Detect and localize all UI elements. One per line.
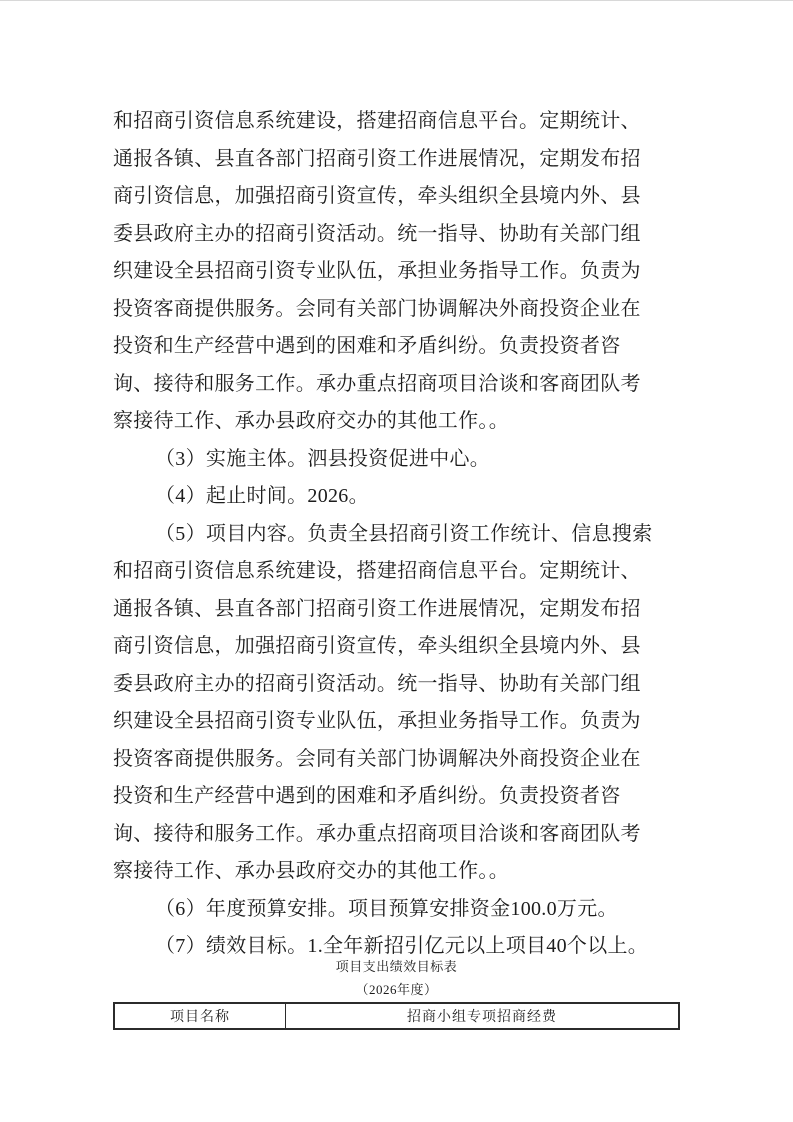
text-line: 织建设全县招商引资专业队伍，承担业务指导工作。负责为 [113,703,683,741]
text-line: 询、接待和服务工作。承办重点招商项目洽谈和客商团队考 [113,816,683,854]
text-line: 察接待工作、承办县政府交办的其他工作。。 [113,853,683,891]
text-line: 察接待工作、承办县政府交办的其他工作。。 [113,403,683,441]
table-row: 项目名称 招商小组专项招商经费 [114,1003,679,1029]
text-line: 和招商引资信息系统建设，搭建招商信息平台。定期统计、 [113,553,683,591]
performance-table-header: 项目支出绩效目标表 （2026年度） [113,955,680,1001]
performance-table-year: （2026年度） [113,978,680,1001]
text-line: 询、接待和服务工作。承办重点招商项目洽谈和客商团队考 [113,366,683,404]
performance-table: 项目名称 招商小组专项招商经费 [113,1002,680,1030]
text-line: 和招商引资信息系统建设，搭建招商信息平台。定期统计、 [113,103,683,141]
text-line: 通报各镇、县直各部门招商引资工作进展情况，定期发布招 [113,591,683,629]
text-line: （4）起止时间。2026。 [113,478,683,516]
text-line: 投资客商提供服务。会同有关部门协调解决外商投资企业在 [113,741,683,779]
text-line: 委县政府主办的招商引资活动。统一指导、协助有关部门组 [113,666,683,704]
text-line: （6）年度预算安排。项目预算安排资金100.0万元。 [113,891,683,929]
body-text: 和招商引资信息系统建设，搭建招商信息平台。定期统计、通报各镇、县直各部门招商引资… [113,103,683,966]
project-name-value-cell: 招商小组专项招商经费 [286,1003,680,1029]
text-line: 织建设全县招商引资专业队伍，承担业务指导工作。负责为 [113,253,683,291]
performance-table-title: 项目支出绩效目标表 [113,955,680,978]
text-line: 投资和生产经营中遇到的困难和矛盾纠纷。负责投资者咨 [113,778,683,816]
text-line: （3）实施主体。泗县投资促进中心。 [113,441,683,479]
text-line: 投资和生产经营中遇到的困难和矛盾纠纷。负责投资者咨 [113,328,683,366]
text-line: 商引资信息，加强招商引资宣传，牵头组织全县境内外、县 [113,178,683,216]
document-page: 和招商引资信息系统建设，搭建招商信息平台。定期统计、通报各镇、县直各部门招商引资… [0,0,793,1122]
text-line: 通报各镇、县直各部门招商引资工作进展情况，定期发布招 [113,141,683,179]
project-name-label-cell: 项目名称 [114,1003,286,1029]
text-line: （5）项目内容。负责全县招商引资工作统计、信息搜索 [113,516,683,554]
text-line: 委县政府主办的招商引资活动。统一指导、协助有关部门组 [113,216,683,254]
text-line: 投资客商提供服务。会同有关部门协调解决外商投资企业在 [113,291,683,329]
text-line: 商引资信息，加强招商引资宣传，牵头组织全县境内外、县 [113,628,683,666]
